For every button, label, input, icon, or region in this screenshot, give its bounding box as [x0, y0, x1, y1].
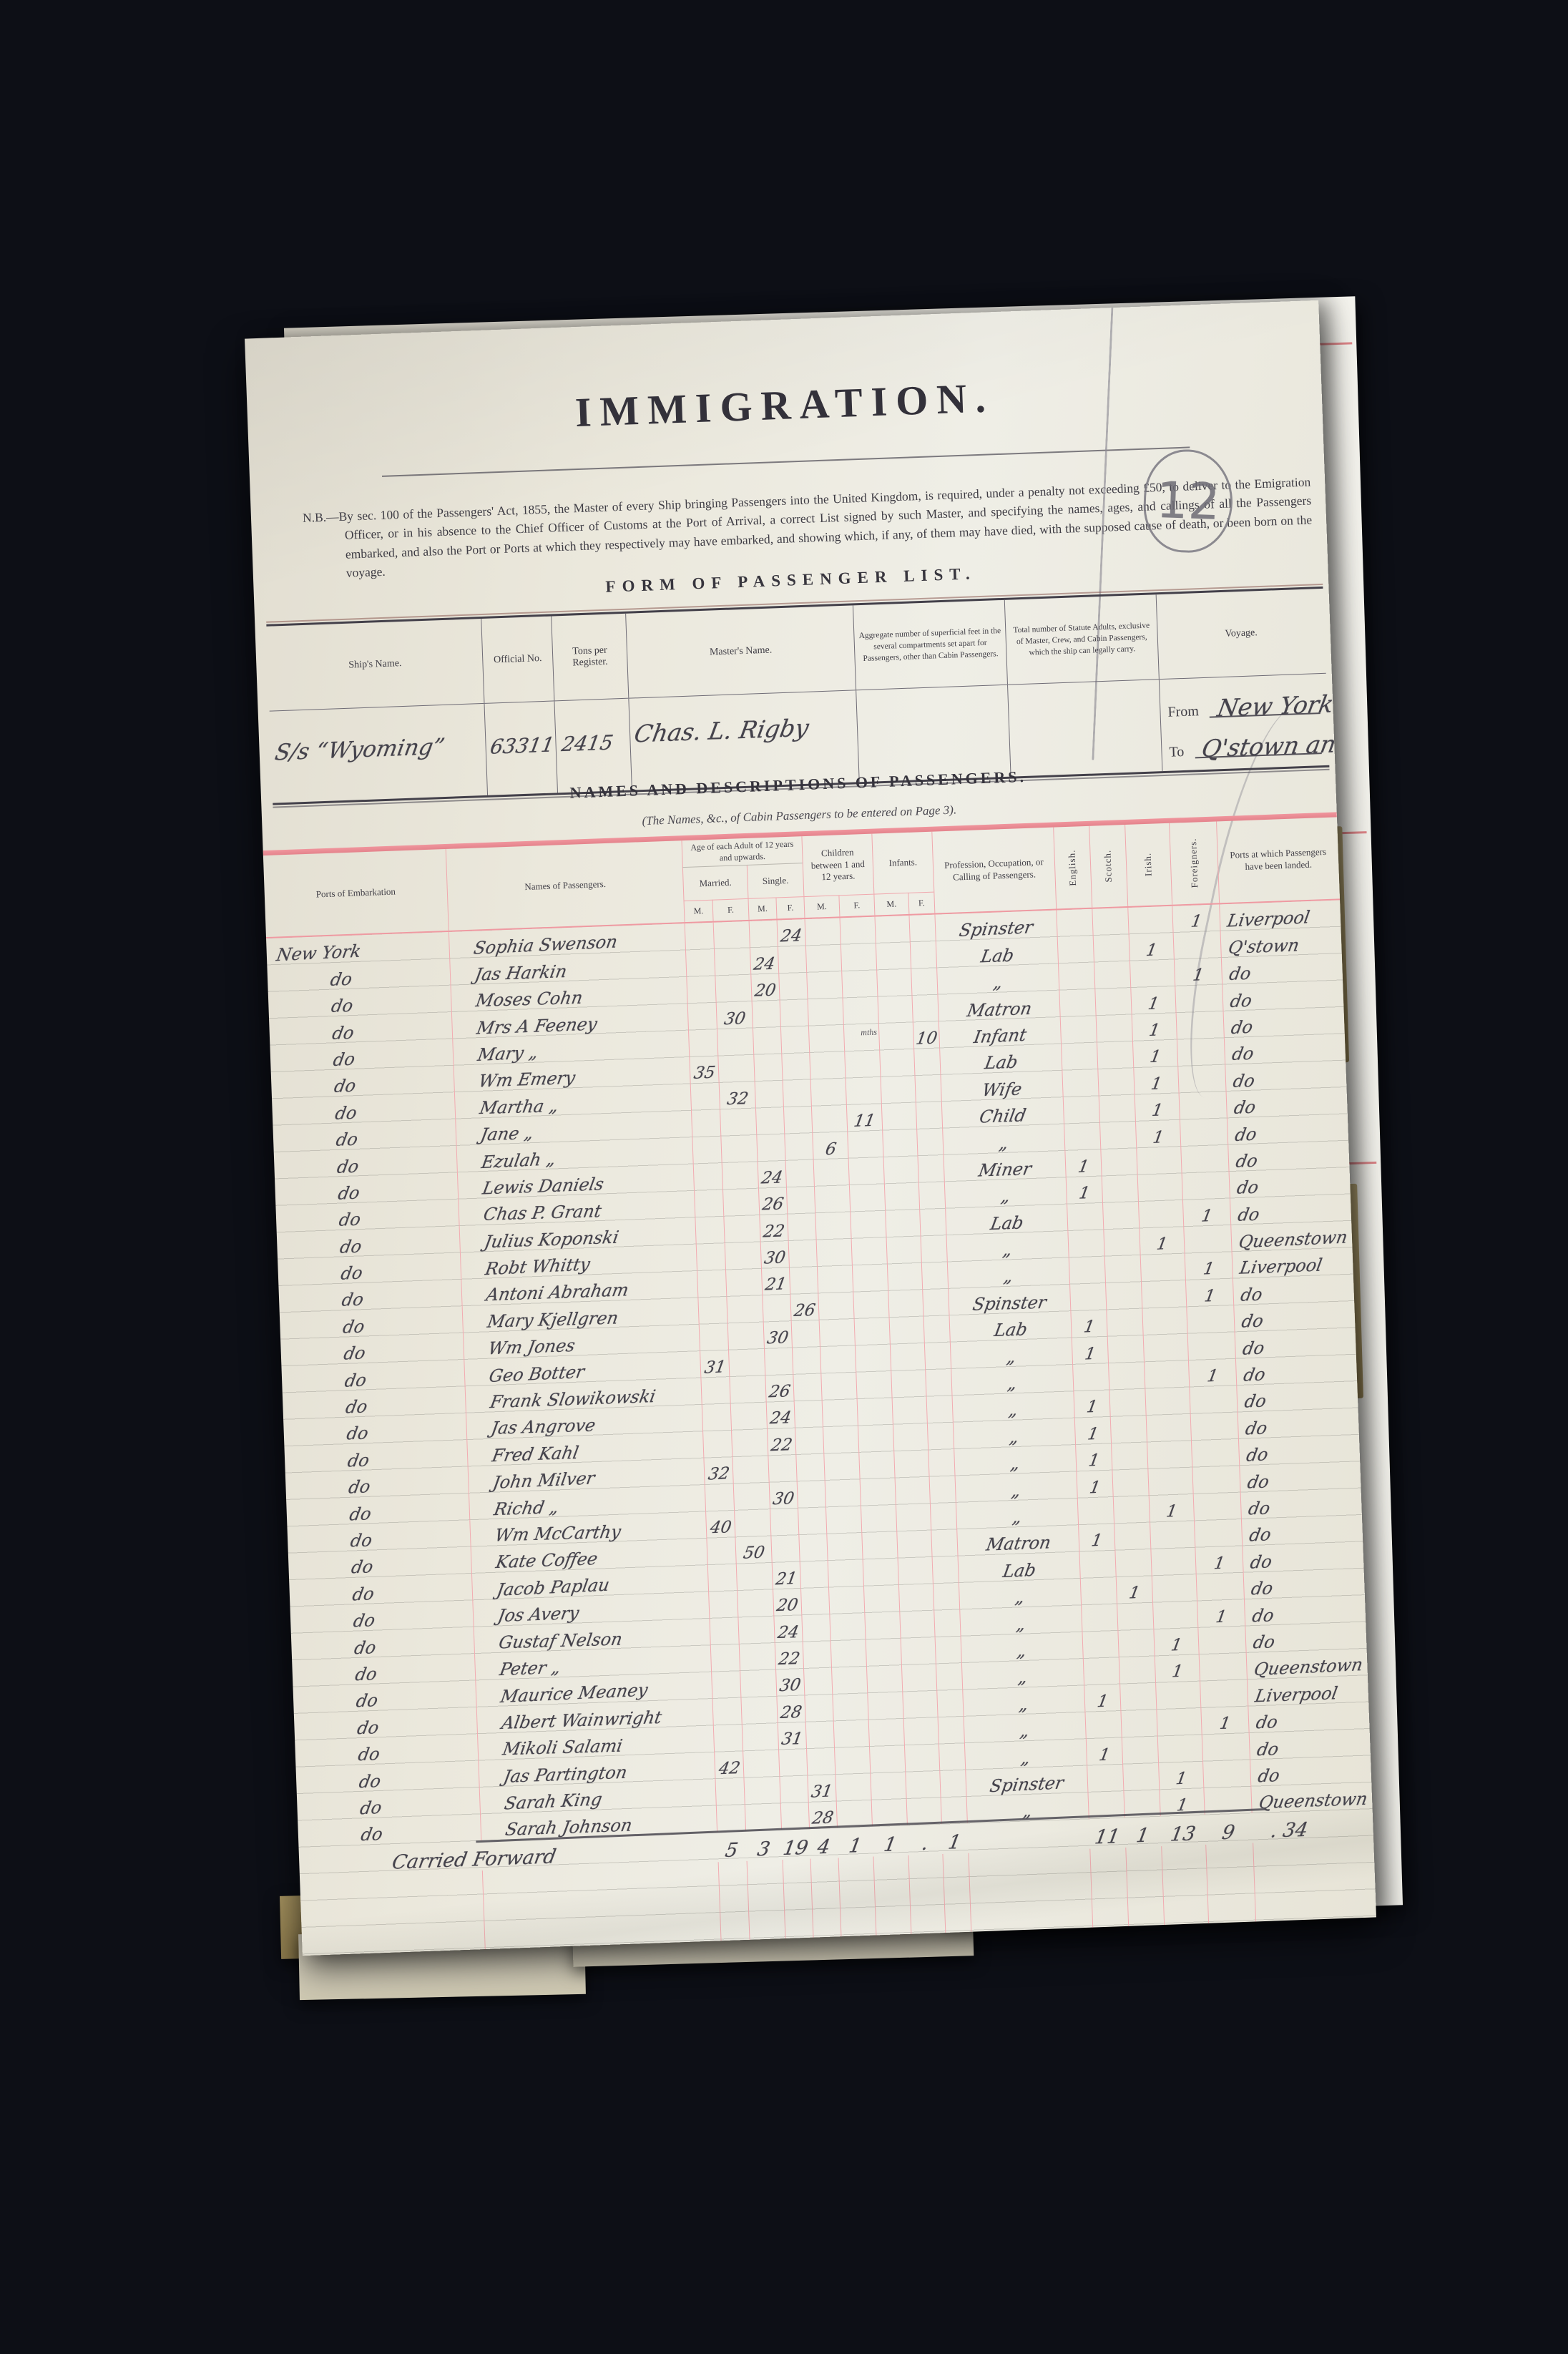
port-landed: do [1237, 1205, 1261, 1223]
port-of-embarkation: do [344, 1398, 368, 1416]
profession: „ [1018, 1695, 1030, 1713]
passenger-name: Fred Kahl [491, 1444, 580, 1464]
tick-english: 1 [1098, 1747, 1112, 1764]
tick-english: 1 [1082, 1319, 1096, 1336]
from-label: From [1167, 703, 1199, 721]
tick-english: 1 [1096, 1693, 1109, 1710]
profession: Miner [977, 1160, 1033, 1180]
age-single-m: 22 [770, 1437, 793, 1454]
tick-irish: 1 [1175, 1771, 1187, 1788]
port-landed: do [1255, 1713, 1279, 1731]
port-of-embarkation: do [335, 1157, 360, 1176]
port-landed: do [1244, 1419, 1268, 1437]
profession: „ [1002, 1241, 1014, 1259]
port-landed: Q'stown [1227, 936, 1300, 956]
port-of-embarkation: New York [275, 943, 363, 964]
ship-name-value: S/s “Wyoming” [273, 734, 447, 766]
passenger-name: Martha „ [479, 1097, 560, 1117]
subheader-m: M. [748, 898, 776, 920]
profession: „ [1011, 1509, 1023, 1526]
col-header-total: Total number of Statute Adults, exclusiv… [1004, 594, 1159, 685]
col-header-names: Names of Passengers. [446, 840, 685, 931]
tick-irish: 1 [1148, 1022, 1161, 1039]
tick-foreigners: 1 [1203, 1288, 1216, 1305]
age-infant-f: 10 [915, 1030, 939, 1048]
profession: Matron [966, 999, 1033, 1019]
profession: Infant [972, 1026, 1027, 1046]
col-header-aggregate: Aggregate number of superficial feet in … [853, 600, 1007, 690]
col-header-married: Married. [682, 865, 748, 901]
port-of-embarkation: do [331, 1024, 356, 1041]
age-single-m: 30 [772, 1491, 795, 1508]
col-header-official-no: Official No. [481, 617, 554, 703]
port-landed: do [1240, 1285, 1264, 1303]
port-of-embarkation: do [348, 1505, 373, 1523]
port-landed: Liverpool [1238, 1257, 1323, 1277]
port-of-embarkation: do [334, 1104, 358, 1122]
tick-english: 1 [1084, 1345, 1097, 1363]
port-landed: do [1247, 1499, 1271, 1517]
tick-foreigners: 1 [1215, 1609, 1228, 1626]
port-of-embarkation: do [358, 1772, 382, 1790]
port-landed: do [1250, 1579, 1274, 1597]
port-of-embarkation: do [340, 1291, 365, 1309]
tick-english: 1 [1087, 1453, 1100, 1470]
profession: „ [1009, 1428, 1021, 1446]
total-infant-f: 1 [947, 1831, 964, 1854]
port-of-embarkation: do [357, 1745, 381, 1763]
port-of-embarkation: do [343, 1371, 368, 1390]
col-header-irish: Irish. [1124, 823, 1172, 906]
tick-english: 1 [1077, 1159, 1090, 1176]
passenger-name: Jos Avery [496, 1604, 580, 1624]
passenger-name: Geo Botter [488, 1363, 586, 1384]
passenger-name: Jas Harkin [474, 963, 568, 984]
total-irish: 13 [1169, 1823, 1197, 1846]
port-landed: do [1229, 991, 1253, 1009]
col-header-single: Single. [747, 863, 804, 898]
age-married-f: 50 [742, 1545, 765, 1562]
age-single-m: 20 [754, 983, 778, 1000]
col-header-foreigners: Foreigners. [1169, 821, 1219, 904]
subheader-m: M. [684, 900, 713, 922]
port-of-embarkation: do [354, 1665, 378, 1683]
port-landed: do [1232, 1072, 1256, 1090]
passenger-name: John Milver [491, 1469, 596, 1491]
profession: Matron [984, 1534, 1052, 1554]
passenger-name: Robt Whitty [484, 1255, 592, 1277]
port-landed: do [1243, 1393, 1268, 1411]
age-child-m: 6 [824, 1141, 837, 1158]
port-landed: do [1235, 1152, 1259, 1170]
subheader-f: F. [838, 894, 874, 917]
total-scotch: 1 [1135, 1825, 1151, 1848]
port-of-embarkation: do [335, 1131, 359, 1149]
tick-scotch: 1 [1128, 1585, 1142, 1602]
tick-irish: 1 [1151, 1102, 1165, 1119]
port-of-embarkation: do [337, 1184, 361, 1202]
age-single-f: 24 [780, 928, 803, 946]
passenger-name: Richd „ [493, 1498, 560, 1517]
port-landed: do [1235, 1179, 1260, 1197]
tick-foreigners: 1 [1218, 1716, 1231, 1733]
passenger-name: Mikoli Salami [501, 1737, 624, 1758]
profession: „ [1003, 1267, 1015, 1285]
age-single-m: 30 [766, 1330, 790, 1347]
passenger-table-body: New York Sophia Swenson 24 Spinster 1 Li [266, 900, 1376, 1956]
port-landed: Liverpool [1254, 1684, 1339, 1705]
tick-english: 1 [1086, 1399, 1099, 1416]
total-infant-m: . [920, 1833, 930, 1855]
tick-irish: 1 [1152, 1129, 1165, 1147]
to-label: To [1169, 744, 1185, 761]
port-of-embarkation: do [360, 1825, 384, 1843]
tons-value: 2415 [560, 730, 615, 756]
voyage-values: From New York To Q'stown and L-pool [1167, 680, 1326, 765]
age-single-m: 30 [778, 1677, 802, 1695]
profession: „ [1009, 1455, 1021, 1473]
tick-english: 1 [1088, 1479, 1102, 1496]
age-single-m: 26 [768, 1383, 792, 1401]
passenger-name: Sarah King [503, 1790, 603, 1812]
profession: „ [1016, 1642, 1028, 1660]
tick-irish: 1 [1165, 1504, 1178, 1521]
profession: „ [1015, 1615, 1026, 1633]
age-married-f: 32 [725, 1091, 749, 1108]
col-header-english: English. [1053, 826, 1092, 909]
tick-irish: 1 [1147, 996, 1160, 1013]
port-landed: Queenstown [1238, 1228, 1349, 1250]
passenger-name: Wm Jones [487, 1337, 577, 1357]
col-header-tons: Tons per Register. [551, 614, 628, 701]
port-landed: do [1249, 1553, 1273, 1571]
age-married-f: 30 [722, 1011, 746, 1028]
profession: „ [998, 1134, 1009, 1152]
port-landed: do [1257, 1767, 1281, 1785]
subheader-f: F. [775, 896, 804, 918]
age-single-m: 26 [761, 1197, 785, 1214]
port-landed: do [1255, 1740, 1280, 1758]
age-married-m: 31 [703, 1359, 727, 1377]
tick-english: 1 [1090, 1533, 1104, 1550]
age-single-m: 21 [764, 1277, 788, 1294]
port-of-embarkation: do [359, 1799, 383, 1818]
port-landed: do [1231, 1045, 1255, 1063]
profession: „ [1020, 1749, 1032, 1767]
age-married-m: 40 [709, 1519, 732, 1536]
passenger-name: Jas Partington [502, 1763, 629, 1785]
port-of-embarkation: do [353, 1639, 378, 1657]
profession: Child [979, 1107, 1028, 1125]
profession: Lab [989, 1214, 1025, 1232]
passenger-name: Gustaf Nelson [498, 1630, 624, 1651]
passenger-name: Jane „ [479, 1124, 535, 1144]
subheader-f: F. [712, 898, 748, 921]
port-of-embarkation: do [332, 1050, 356, 1069]
official-no-value: 63311 [489, 732, 557, 758]
total-married-f: 3 [756, 1838, 773, 1861]
col-header-profession: Profession, Occupation, or Calling of Pa… [931, 828, 1056, 913]
passenger-table: Ports of Embarkation Names of Passengers… [263, 812, 1376, 1956]
age-single-m: 21 [775, 1571, 798, 1589]
profession: Lab [993, 1321, 1029, 1340]
port-landed: do [1251, 1607, 1275, 1624]
port-of-embarkation: do [340, 1264, 364, 1283]
port-of-embarkation: do [349, 1531, 373, 1549]
col-header-voyage: Voyage. [1156, 589, 1326, 679]
tick-irish: 1 [1155, 1236, 1168, 1253]
passenger-name: Ezulah „ [480, 1150, 557, 1171]
profession: Spinster [971, 1294, 1047, 1313]
port-landed: do [1248, 1526, 1273, 1544]
total-foreigners: 9 [1220, 1822, 1237, 1845]
tick-irish: 1 [1150, 1076, 1162, 1093]
port-of-embarkation: do [330, 997, 355, 1015]
document-page: IMMIGRATION. N.B.—By sec. 100 of the Pas… [245, 300, 1376, 1956]
port-landed: Liverpool [1226, 909, 1311, 930]
profession: Wife [981, 1080, 1023, 1099]
aggregate-value-empty [856, 685, 1010, 783]
tick-foreigners: 1 [1192, 967, 1205, 984]
port-landed: do [1243, 1365, 1267, 1383]
port-of-embarkation: do [333, 1077, 357, 1095]
port-landed: do [1252, 1633, 1276, 1651]
age-single-m: 22 [778, 1651, 801, 1668]
col-header-infants: Infants. [871, 832, 934, 894]
port-landed: do [1234, 1125, 1258, 1144]
profession: Lab [1001, 1561, 1037, 1580]
passenger-name: Chas P. Grant [482, 1202, 602, 1223]
passenger-name: Jas Angrove [490, 1417, 597, 1437]
port-landed: Queenstown [1258, 1790, 1369, 1812]
profession: „ [1010, 1481, 1022, 1499]
passenger-name: Mrs A Feeney [476, 1015, 599, 1036]
port-landed: do [1233, 1099, 1257, 1117]
port-of-embarkation: do [342, 1318, 366, 1335]
total-married-m: 5 [724, 1839, 740, 1862]
total-value-empty [1007, 680, 1162, 777]
voyage-from-value: New York [1215, 690, 1336, 722]
profession: Lab [979, 946, 1015, 965]
page-title: IMMIGRATION. [247, 362, 1322, 448]
age-single-m: 24 [769, 1411, 793, 1428]
age-single-m: 22 [762, 1223, 785, 1240]
profession: „ [992, 974, 1004, 991]
passenger-name: Wm McCarthy [494, 1523, 622, 1544]
port-of-embarkation: do [348, 1478, 372, 1496]
title-rule [382, 446, 1190, 476]
port-of-embarkation: do [338, 1237, 363, 1255]
passenger-name: Mary Kjellgren [486, 1309, 620, 1330]
infant-age-unit: mths [861, 1026, 877, 1038]
profession: „ [1006, 1375, 1019, 1393]
profession: „ [1008, 1401, 1019, 1419]
age-single-m: 20 [775, 1597, 799, 1614]
master-name-value: Chas. L. Rigby [632, 714, 811, 748]
tick-foreigners: 1 [1200, 1208, 1214, 1225]
age-married-m: 32 [707, 1466, 730, 1483]
passenger-name: Wm Emery [477, 1069, 577, 1090]
total-single-m: 19 [782, 1837, 810, 1860]
port-landed: Queenstown [1253, 1656, 1364, 1678]
profession: „ [1017, 1669, 1029, 1687]
port-landed: do [1240, 1313, 1265, 1330]
profession: „ [1014, 1589, 1026, 1607]
age-single-f: 31 [810, 1783, 834, 1801]
age-child-f: 11 [853, 1113, 876, 1130]
total-child-m: 1 [847, 1835, 863, 1858]
tick-irish: 1 [1149, 1049, 1162, 1066]
port-landed: do [1228, 965, 1253, 983]
port-landed: do [1230, 1019, 1254, 1037]
tick-english: 1 [1087, 1426, 1100, 1443]
tick-foreigners: 1 [1212, 1555, 1225, 1572]
age-married-m: 42 [717, 1760, 741, 1777]
passenger-name: Lewis Daniels [481, 1175, 605, 1197]
col-header-scotch: Scotch. [1089, 825, 1127, 908]
age-single-m: 28 [780, 1705, 803, 1722]
port-of-embarkation: do [346, 1425, 370, 1443]
port-of-embarkation: do [356, 1719, 380, 1737]
tick-foreigners: 1 [1206, 1368, 1220, 1386]
total-single-f: 4 [815, 1836, 832, 1859]
passenger-name: Kate Coffee [494, 1550, 599, 1571]
port-of-embarkation: do [352, 1612, 376, 1629]
col-header-ports: Ports of Embarkation [263, 849, 449, 937]
profession: Spinster [958, 918, 1034, 939]
age-single-m: 30 [763, 1250, 787, 1267]
passenger-name: Moses Cohn [474, 989, 584, 1009]
subheader-f: F. [908, 892, 934, 914]
tick-irish: 1 [1170, 1637, 1183, 1654]
age-single-m: 24 [753, 956, 776, 973]
subheader-m: M. [803, 895, 839, 918]
port-of-embarkation: do [355, 1692, 379, 1710]
profession: Spinster [989, 1774, 1065, 1795]
passenger-name: Peter „ [499, 1659, 562, 1678]
port-landed: do [1241, 1339, 1265, 1358]
profession: „ [1006, 1348, 1017, 1365]
profession: Lab [983, 1054, 1019, 1072]
port-of-embarkation: do [329, 970, 353, 988]
total-child-f: 1 [882, 1834, 898, 1857]
subheader-m: M. [873, 893, 908, 916]
port-landed: do [1246, 1473, 1270, 1491]
page-number-value: 12 [1155, 471, 1221, 531]
port-of-embarkation: do [350, 1559, 374, 1576]
age-single-m: 24 [760, 1169, 784, 1187]
col-header-ship-name: Ship's Name. [266, 619, 484, 711]
col-header-landed: Ports at which Passengers have been land… [1216, 817, 1340, 903]
port-of-embarkation: do [338, 1211, 362, 1229]
age-single-m: 24 [777, 1624, 800, 1642]
profession: „ [1000, 1187, 1011, 1205]
tick-english: 1 [1078, 1185, 1091, 1202]
tick-foreigners: 1 [1190, 913, 1202, 931]
age-married-m: 35 [692, 1065, 716, 1082]
age-single-m: 31 [780, 1731, 804, 1748]
col-header-children: Children between 1 and 12 years. [801, 834, 873, 896]
port-of-embarkation: do [351, 1585, 376, 1604]
col-header-master: Master's Name. [625, 605, 856, 697]
age-single-f: 26 [793, 1303, 817, 1320]
port-landed: do [1245, 1446, 1270, 1464]
port-of-embarkation: do [343, 1345, 367, 1363]
col-header-age-group: Age of each Adult of 12 years and upward… [682, 836, 803, 868]
tick-irish: 1 [1145, 942, 1159, 959]
age-single-f: 28 [811, 1810, 835, 1828]
profession: „ [1019, 1722, 1031, 1740]
total-english: 11 [1093, 1825, 1122, 1848]
grand-total: . 34 [1269, 1819, 1310, 1843]
port-of-embarkation: do [346, 1451, 371, 1469]
passenger-name: Mary „ [476, 1044, 539, 1064]
tick-irish: 1 [1171, 1664, 1184, 1681]
tick-foreigners: 1 [1202, 1261, 1216, 1278]
